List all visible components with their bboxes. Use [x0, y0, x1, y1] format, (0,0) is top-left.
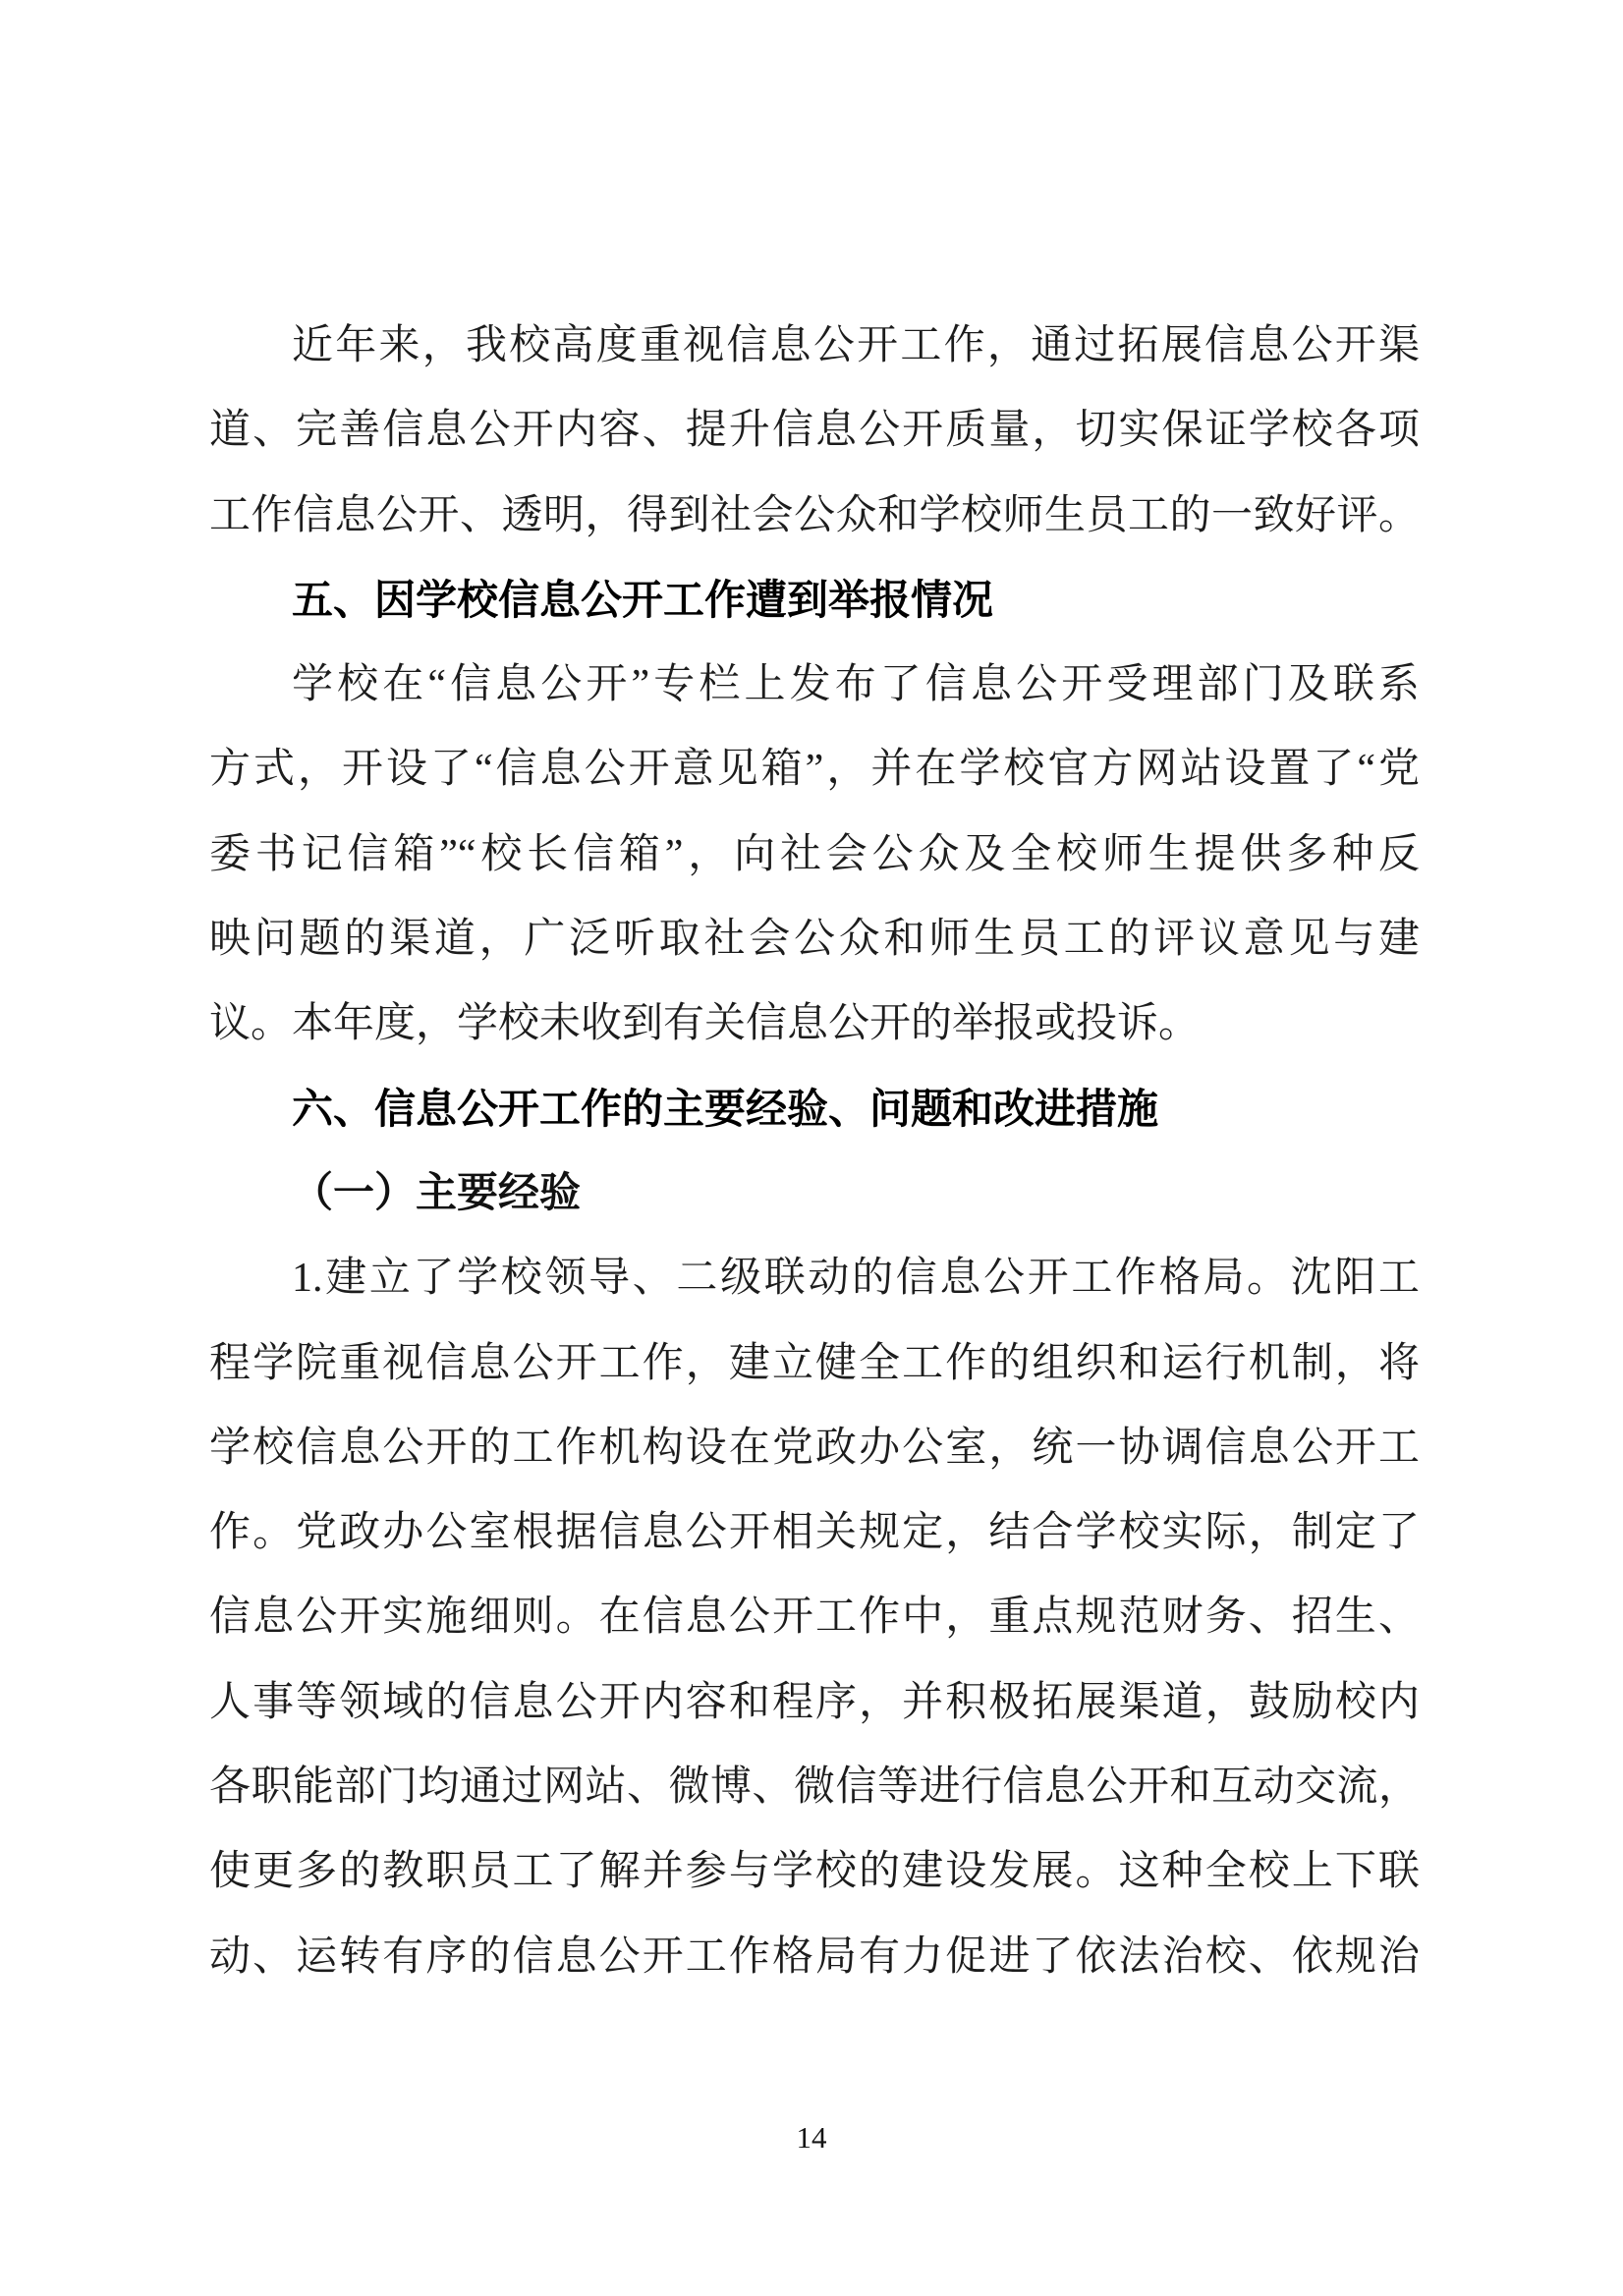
paragraph-line: 近年来，我校高度重视信息公开工作，通过拓展信息公开渠 — [209, 304, 1420, 388]
paragraph-line: 议。本年度，学校未收到有关信息公开的举报或投诉。 — [209, 981, 1420, 1066]
paragraph-line: 学校在“信息公开”专栏上发布了信息公开受理部门及联系 — [209, 643, 1420, 727]
paragraph-line: 委书记信箱”“校长信箱”，向社会公众及全校师生提供多种反 — [209, 812, 1420, 897]
paragraph-line: 学校信息公开的工作机构设在党政办公室，统一协调信息公开工 — [209, 1406, 1420, 1490]
paragraph-line: 各职能部门均通过网站、微博、微信等进行信息公开和互动交流， — [209, 1745, 1420, 1829]
document-body: 近年来，我校高度重视信息公开工作，通过拓展信息公开渠 道、完善信息公开内容、提升… — [209, 304, 1420, 1999]
paragraph-line: 信息公开实施细则。在信息公开工作中，重点规范财务、招生、 — [209, 1575, 1420, 1659]
paragraph-line: 程学院重视信息公开工作，建立健全工作的组织和运行机制，将 — [209, 1321, 1420, 1406]
page-footer: 14 — [0, 2118, 1623, 2157]
section-heading-5: 五、因学校信息公开工作遭到举报情况 — [209, 558, 1420, 643]
page-number: 14 — [797, 2118, 827, 2157]
subsection-heading: （一）主要经验 — [209, 1151, 1420, 1236]
paragraph-line: 1.建立了学校领导、二级联动的信息公开工作格局。沈阳工 — [209, 1236, 1420, 1320]
paragraph-line: 人事等领域的信息公开内容和程序，并积极拓展渠道，鼓励校内 — [209, 1660, 1420, 1745]
paragraph-line: 映问题的渠道，广泛听取社会公众和师生员工的评议意见与建 — [209, 897, 1420, 981]
paragraph-line: 工作信息公开、透明，得到社会公众和学校师生员工的一致好评。 — [209, 474, 1420, 558]
paragraph-line: 作。党政办公室根据信息公开相关规定，结合学校实际，制定了 — [209, 1490, 1420, 1575]
paragraph-line: 方式，开设了“信息公开意见箱”，并在学校官方网站设置了“党 — [209, 727, 1420, 812]
paragraph-line: 动、运转有序的信息公开工作格局有力促进了依法治校、依规治 — [209, 1915, 1420, 1999]
paragraph-line: 道、完善信息公开内容、提升信息公开质量，切实保证学校各项 — [209, 388, 1420, 473]
paragraph-line: 使更多的教职员工了解并参与学校的建设发展。这种全校上下联 — [209, 1829, 1420, 1914]
section-heading-6: 六、信息公开工作的主要经验、问题和改进措施 — [209, 1067, 1420, 1151]
